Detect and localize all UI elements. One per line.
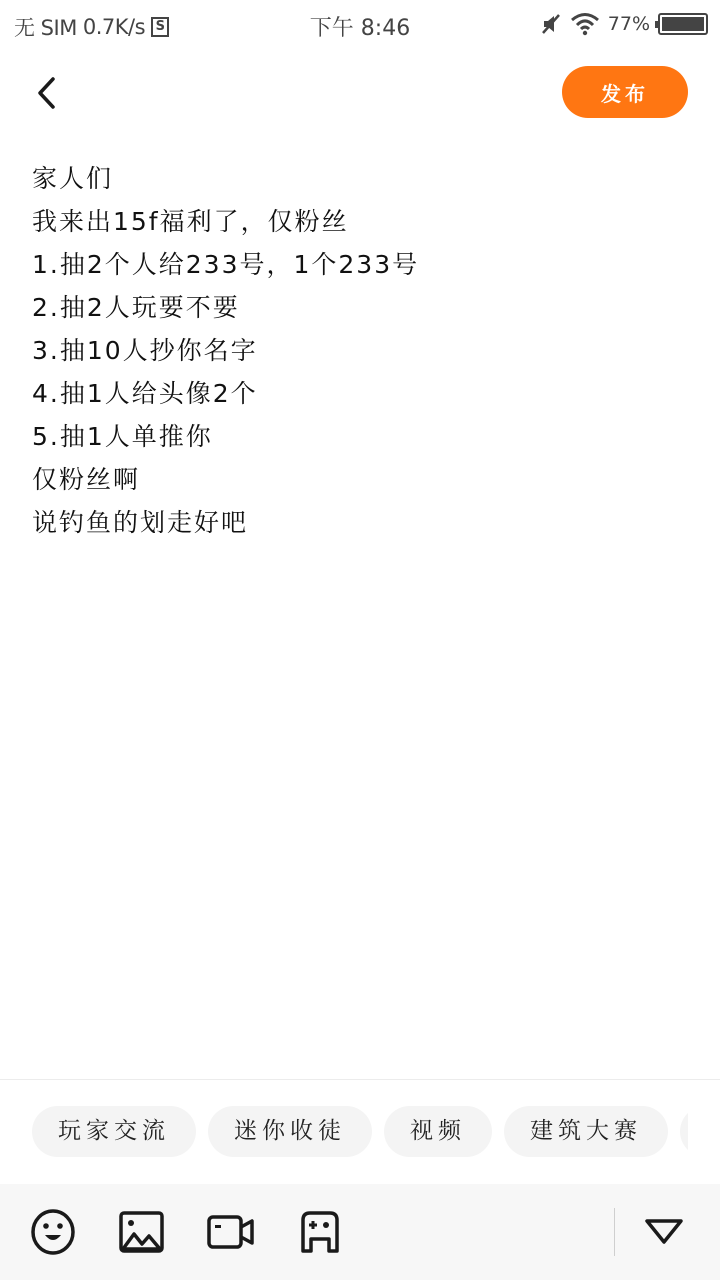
tag-player-chat[interactable]: 玩家交流	[32, 1106, 196, 1157]
back-button[interactable]	[28, 73, 68, 113]
image-button[interactable]	[118, 1208, 166, 1256]
post-line: 仅粉丝啊	[32, 458, 688, 501]
emoji-button[interactable]	[30, 1208, 78, 1256]
publish-button[interactable]: 发布	[562, 66, 688, 118]
post-line: 说钓鱼的划走好吧	[32, 501, 688, 544]
video-icon	[206, 1208, 254, 1256]
wifi-icon	[570, 12, 600, 36]
emoji-icon	[30, 1208, 78, 1256]
post-line: 我来出15f福利了，仅粉丝	[32, 200, 688, 243]
toolbar-separator	[614, 1208, 615, 1256]
post-line: 3.抽10人抄你名字	[32, 329, 688, 372]
video-button[interactable]	[206, 1208, 254, 1256]
battery-icon	[658, 13, 708, 35]
status-right: 77%	[540, 12, 708, 36]
post-line: 家人们	[32, 157, 688, 200]
tag-mini-apprentice[interactable]: 迷你收徒	[208, 1106, 372, 1157]
tag-more[interactable]	[680, 1106, 688, 1157]
bottom-toolbar	[0, 1184, 720, 1280]
collapse-button[interactable]	[640, 1208, 688, 1256]
triangle-down-icon	[640, 1208, 688, 1256]
post-line: 4.抽1人给头像2个	[32, 372, 688, 415]
gamepad-icon	[296, 1208, 344, 1256]
post-line: 2.抽2人玩要不要	[32, 286, 688, 329]
post-line: 1.抽2个人给233号，1个233号	[32, 243, 688, 286]
tag-building-contest[interactable]: 建筑大赛	[504, 1106, 668, 1157]
game-button[interactable]	[296, 1208, 344, 1256]
post-line: 5.抽1人单推你	[32, 415, 688, 458]
mute-icon	[540, 13, 562, 35]
topic-tags[interactable]: 玩家交流 迷你收徒 视频 建筑大赛	[32, 1106, 688, 1158]
divider	[0, 1079, 720, 1080]
tag-video[interactable]: 视频	[384, 1106, 492, 1157]
top-bar: 发布	[0, 55, 720, 135]
battery-percent: 77%	[608, 13, 650, 35]
chevron-left-icon	[28, 73, 68, 113]
post-editor[interactable]: 家人们 我来出15f福利了，仅粉丝 1.抽2个人给233号，1个233号 2.抽…	[32, 157, 688, 544]
image-icon	[118, 1208, 166, 1256]
status-bar: 无 SIM 0.7K/s S 下午 8:46 77%	[0, 0, 720, 50]
